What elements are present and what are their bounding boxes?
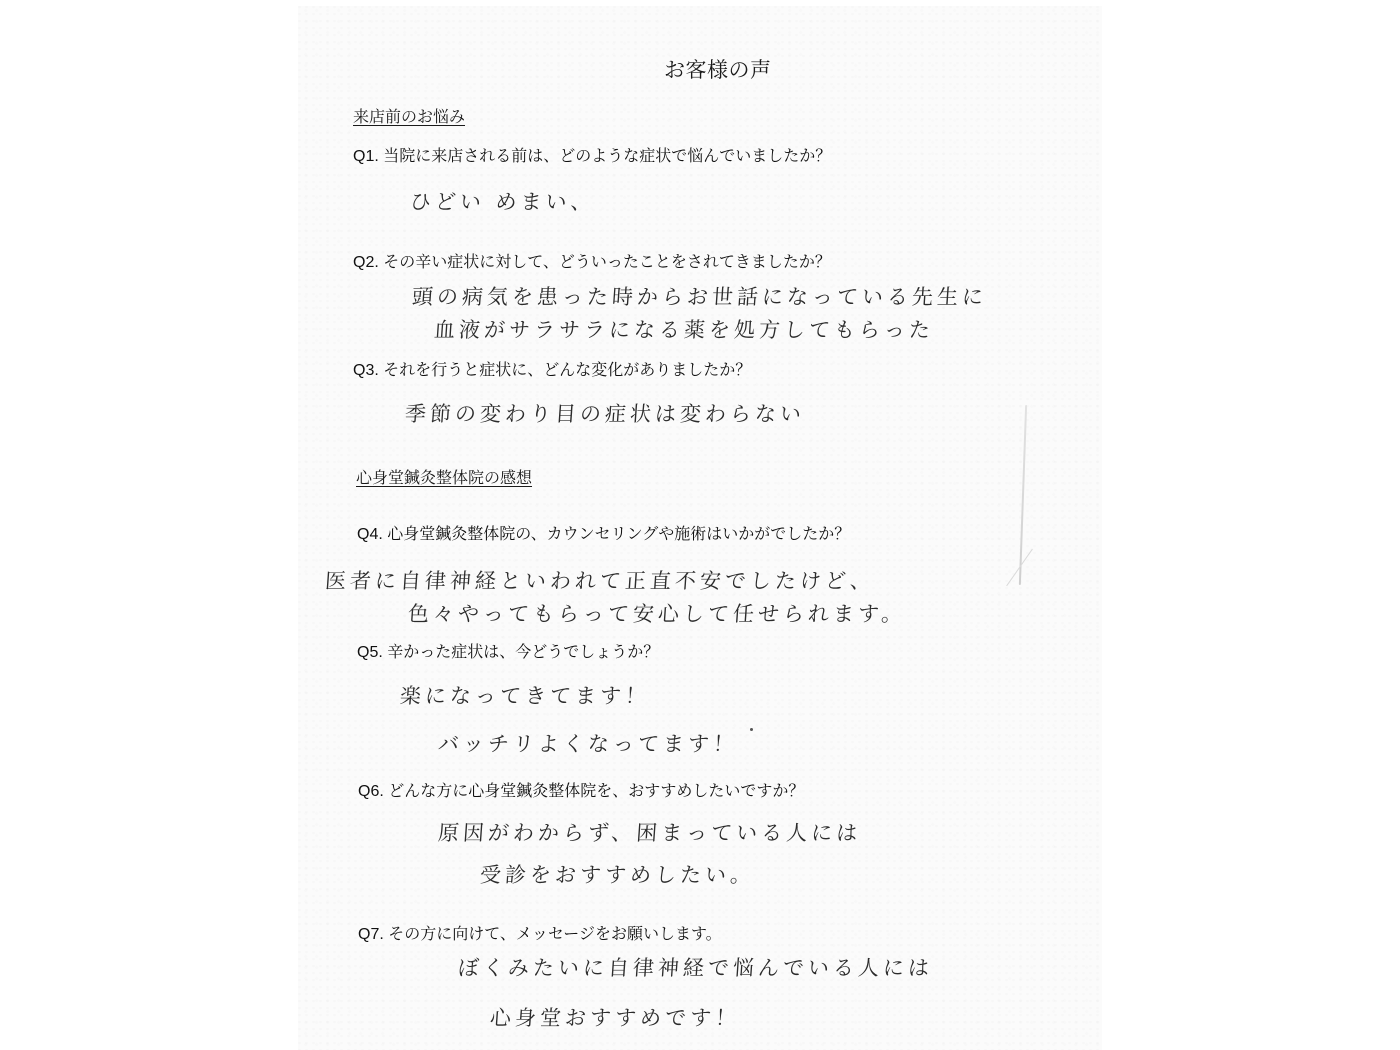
answer-q7-line-1: ぼくみたいに自律神経で悩んでいる人には	[457, 952, 934, 982]
answer-q6-line-2: 受診をおすすめしたい。	[479, 859, 756, 889]
question-q5: Q5. 辛かった症状は、今どうでしょうか？	[357, 639, 659, 662]
question-q3: Q3. それを行うと症状に、どんな変化がありましたか？	[353, 357, 751, 380]
answer-q2-line-2: 血液がサラサラになる薬を処方してもらった	[433, 314, 935, 344]
document-title: お客様の声	[664, 54, 772, 84]
answer-q6-line-1: 原因がわからず、困まっている人には	[437, 817, 862, 847]
stray-ink-dot	[750, 728, 753, 731]
question-q7: Q7. その方に向けて、メッセージをお願いします。	[358, 921, 722, 944]
question-q1: Q1. 当院に来店される前は、どのような症状で悩んでいましたか？	[353, 143, 831, 166]
section-heading-before-visit: 来店前のお悩み	[353, 104, 465, 127]
page-canvas: お客様の声 来店前のお悩み Q1. 当院に来店される前は、どのような症状で悩んで…	[0, 0, 1400, 1050]
answer-q5-line-1: 楽になってきてます！	[399, 680, 651, 710]
answer-q1-line-1: ひどい めまい、	[409, 186, 597, 216]
question-q2: Q2. その辛い症状に対して、どういったことをされてきましたか？	[353, 249, 831, 272]
answer-q4-line-1: 医者に自律神経といわれて正直不安でしたけど、	[324, 565, 876, 595]
answer-q5-line-2: バッチリよくなってます！	[437, 728, 739, 758]
answer-q3-line-1: 季節の変わり目の症状は変わらない	[404, 398, 806, 428]
answer-q4-line-2: 色々やってもらって安心して任せられます。	[407, 598, 907, 628]
section-heading-impressions: 心身堂鍼灸整体院の感想	[356, 465, 532, 488]
answer-q2-line-1: 頭の病気を患った時からお世話になっている先生に	[411, 281, 988, 311]
question-q6: Q6. どんな方に心身堂鍼灸整体院を、おすすめしたいですか？	[358, 778, 804, 801]
answer-q7-line-2: 心身堂おすすめです！	[489, 1002, 741, 1032]
question-q4: Q4. 心身堂鍼灸整体院の、カウンセリングや施術はいかがでしたか？	[357, 521, 850, 544]
